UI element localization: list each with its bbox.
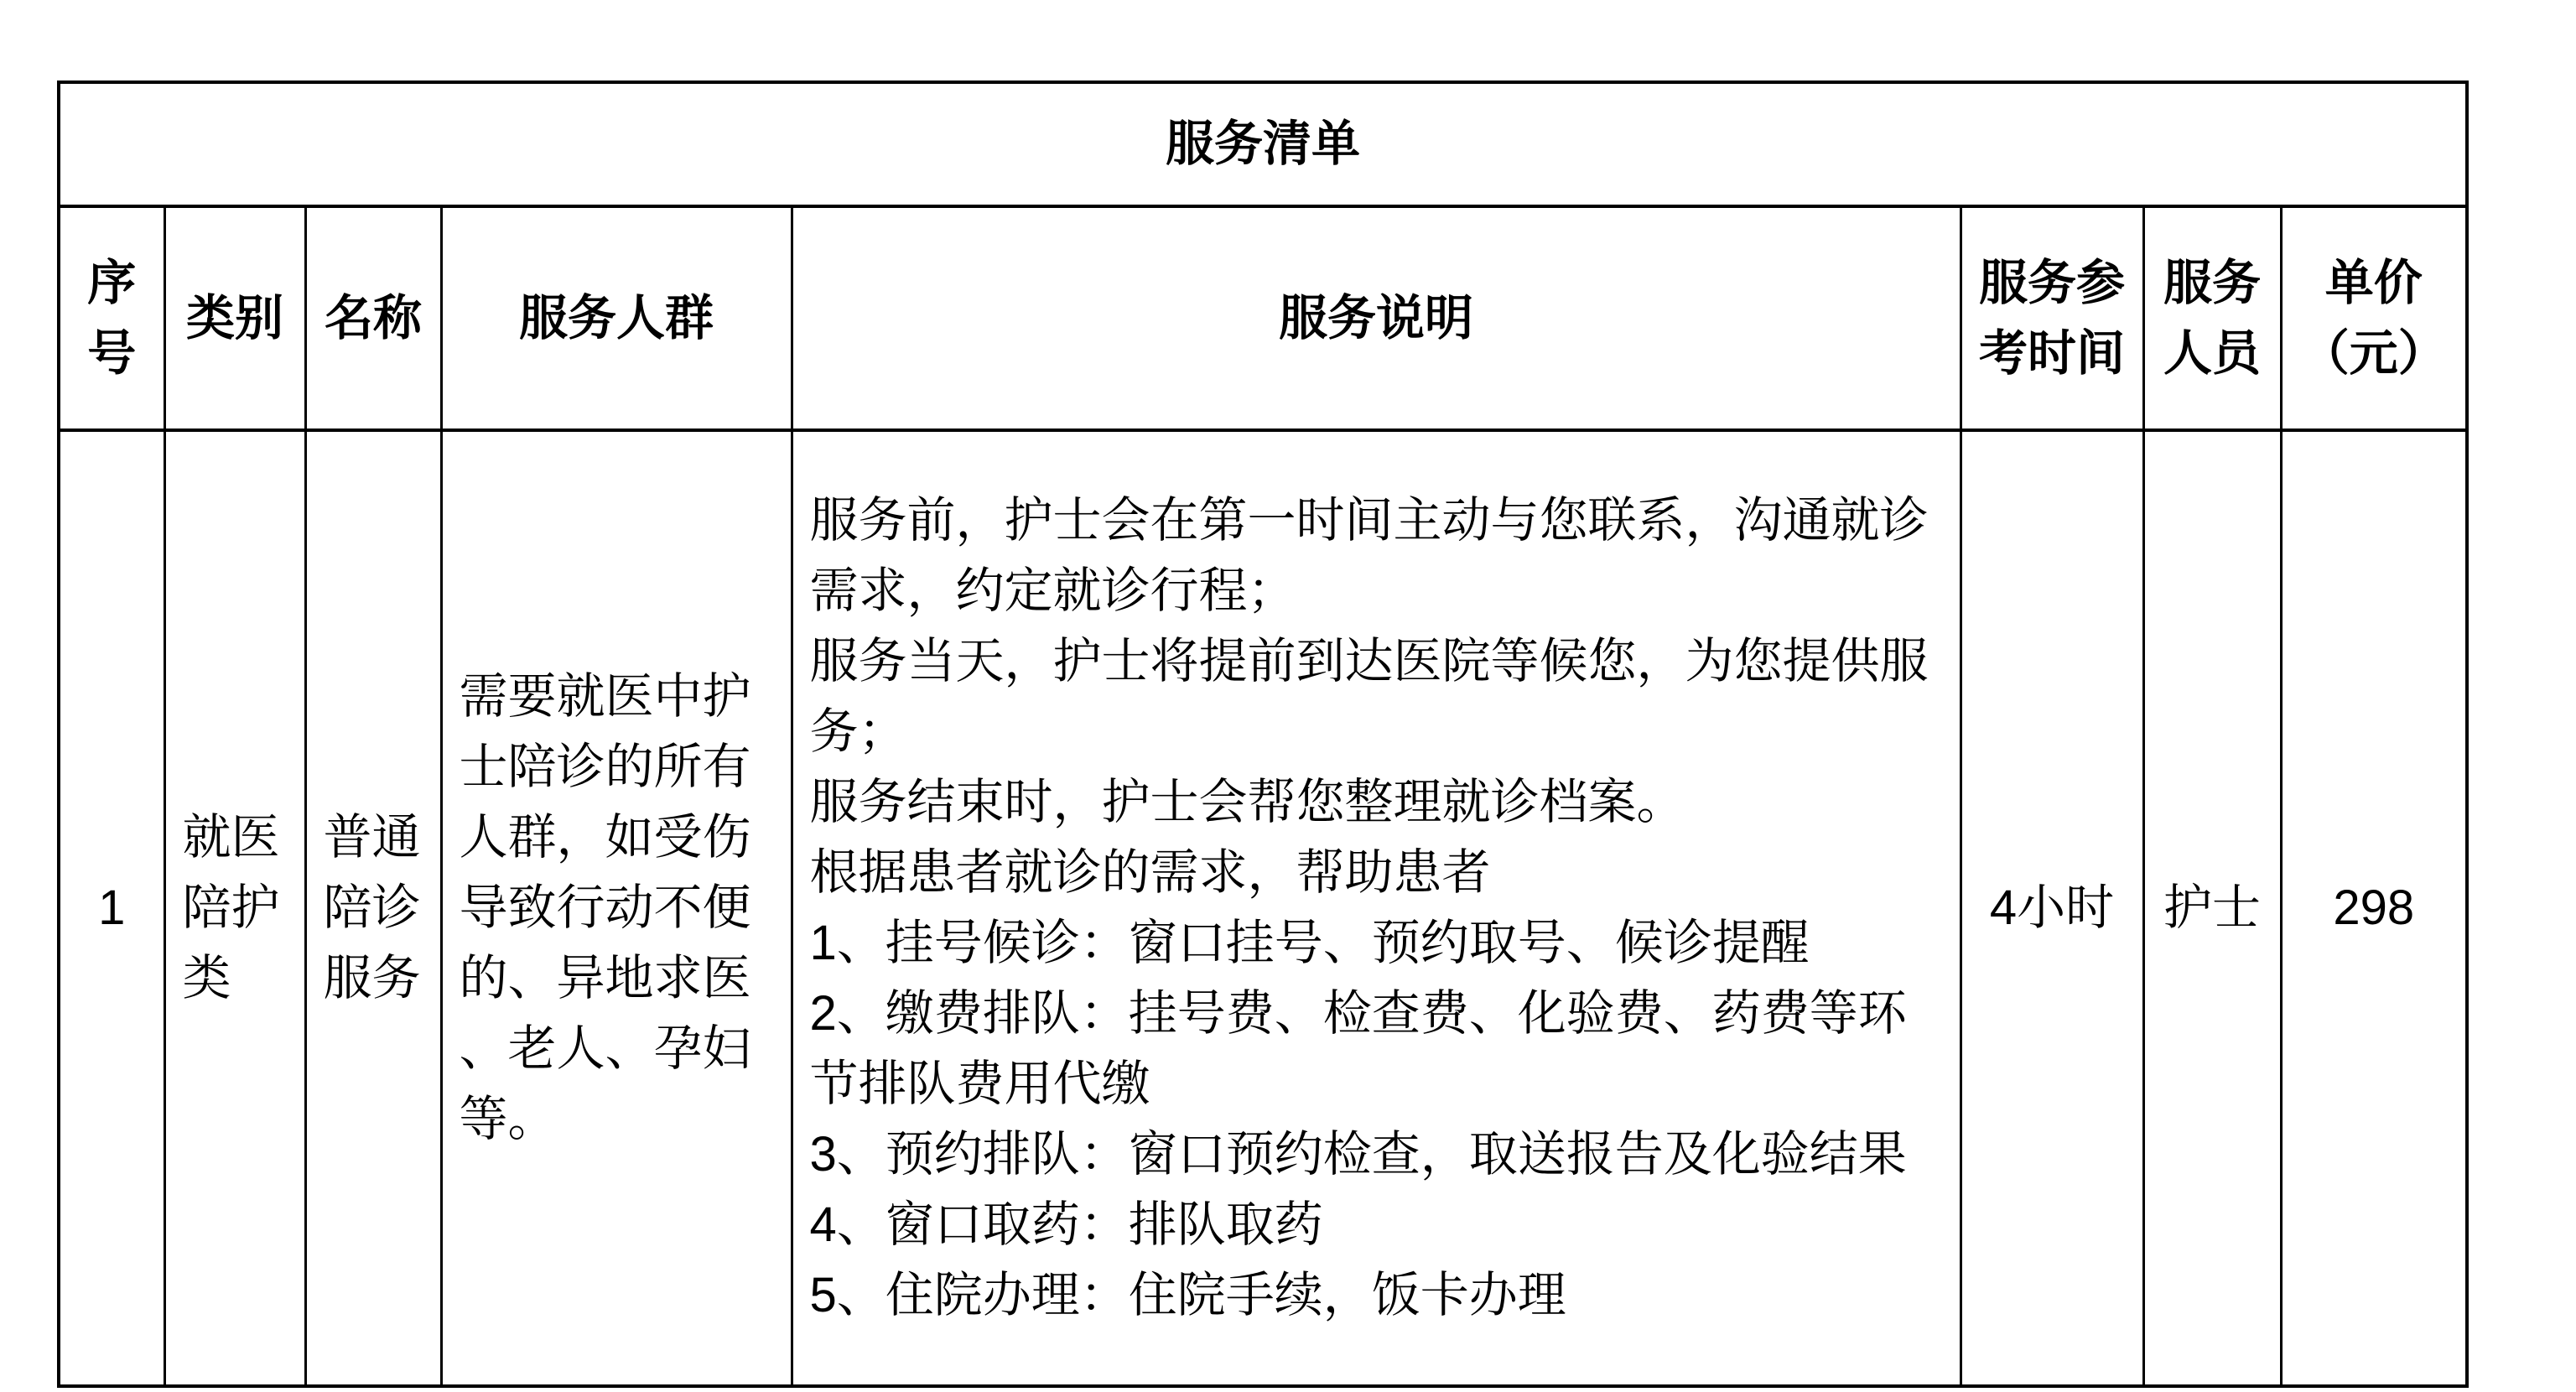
cell-seq: 1 [59, 430, 164, 1386]
cell-unit-price: 298 [2281, 430, 2467, 1386]
column-header-staff: 服务人员 [2143, 206, 2281, 430]
table-row: 1 就医陪护类 普通陪诊服务 需要就医中护士陪诊的所有人群，如受伤导致行动不便的… [59, 430, 2467, 1386]
description-paragraph: 3、预约排队：窗口预约检查，取送报告及化验结果 [810, 1119, 1943, 1190]
description-paragraph: 1、挂号候诊：窗口挂号、预约取号、候诊提醒 [810, 908, 1943, 979]
table-title-row: 服务清单 [59, 82, 2467, 206]
cell-staff: 护士 [2143, 430, 2281, 1386]
table-header-row: 序号 类别 名称 服务人群 服务说明 服务参考时间 服务人员 单价（元） [59, 206, 2467, 430]
description-paragraph: 服务前，护士会在第一时间主动与您联系，沟通就诊需求，约定就诊行程； [810, 486, 1943, 626]
cell-description: 服务前，护士会在第一时间主动与您联系，沟通就诊需求，约定就诊行程； 服务当天，护… [792, 430, 1961, 1386]
column-header-unit-price: 单价（元） [2281, 206, 2467, 430]
column-header-audience: 服务人群 [441, 206, 792, 430]
description-paragraph: 服务结束时，护士会帮您整理就诊档案。 [810, 767, 1943, 838]
column-header-reference-time: 服务参考时间 [1961, 206, 2143, 430]
column-header-seq: 序号 [59, 206, 164, 430]
cell-name: 普通陪诊服务 [305, 430, 441, 1386]
description-paragraph: 服务当天，护士将提前到达医院等候您，为您提供服务； [810, 626, 1943, 767]
service-list-table: 服务清单 序号 类别 名称 服务人群 服务说明 服务参考时间 服务人员 单价（元… [57, 81, 2469, 1388]
description-paragraph: 根据患者就诊的需求，帮助患者 [810, 838, 1943, 908]
column-header-description: 服务说明 [792, 206, 1961, 430]
table-title: 服务清单 [59, 82, 2467, 206]
description-paragraph: 4、窗口取药：排队取药 [810, 1190, 1943, 1260]
description-paragraph: 2、缴费排队：挂号费、检查费、化验费、药费等环节排队费用代缴 [810, 979, 1943, 1119]
cell-audience: 需要就医中护士陪诊的所有人群，如受伤导致行动不便的、异地求医、老人、孕妇等。 [441, 430, 792, 1386]
document-page: 服务清单 序号 类别 名称 服务人群 服务说明 服务参考时间 服务人员 单价（元… [0, 0, 2576, 1392]
cell-category: 就医陪护类 [164, 430, 305, 1386]
column-header-category: 类别 [164, 206, 305, 430]
cell-reference-time: 4小时 [1961, 430, 2143, 1386]
description-paragraph: 5、住院办理：住院手续，饭卡办理 [810, 1260, 1943, 1331]
column-header-name: 名称 [305, 206, 441, 430]
